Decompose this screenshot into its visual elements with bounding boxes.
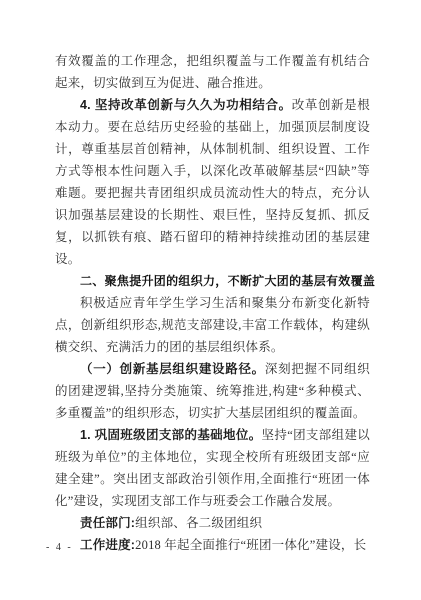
document-body: 有效覆盖的工作理念，把组织覆盖与工作覆盖有机结合起来，切实做到互为促进、融合推进… bbox=[55, 50, 370, 556]
section-heading-text: 二、聚焦提升团的组织力，不断扩大团的基层有效覆盖 bbox=[80, 274, 375, 288]
paragraph-lead-bold: 工作进度: bbox=[80, 538, 135, 552]
document-page: 有效覆盖的工作理念，把组织覆盖与工作覆盖有机结合起来，切实做到互为促进、融合推进… bbox=[0, 0, 421, 600]
paragraph-continuation: 有效覆盖的工作理念，把组织覆盖与工作覆盖有机结合起来，切实做到互为促进、融合推进… bbox=[55, 50, 370, 94]
paragraph-lead-bold: （一）创新基层组织建设路径。 bbox=[80, 362, 265, 376]
paragraph-lead-bold: 1. 巩固班级团支部的基础地位。 bbox=[80, 428, 262, 442]
paragraph-text: 2018 年起全面推行“班团一体化”建设，长 bbox=[135, 538, 366, 552]
paragraph-lead-bold: 4. 坚持改革创新与久久为功相结合。 bbox=[80, 98, 292, 112]
paragraph-text: 有效覆盖的工作理念，把组织覆盖与工作覆盖有机结合起来，切实做到互为促进、融合推进… bbox=[55, 54, 370, 90]
paragraph-text: 改革创新是根本动力。要在总结历史经验的基础上，加强顶层制度设计，尊重基层首创精神… bbox=[55, 98, 370, 266]
section-heading-2: 二、聚焦提升团的组织力，不断扩大团的基层有效覆盖 bbox=[55, 270, 370, 292]
page-number: - 4 - bbox=[46, 542, 73, 553]
paragraph-responsible-dept: 责任部门:组织部、各二级团组织 bbox=[55, 512, 370, 534]
paragraph-work-progress: 工作进度:2018 年起全面推行“班团一体化”建设，长 bbox=[55, 534, 370, 556]
paragraph-lead-bold: 责任部门: bbox=[80, 516, 135, 530]
paragraph-item-1: 1. 巩固班级团支部的基础地位。坚持“团支部组建以班级为单位”的主体地位，实现全… bbox=[55, 424, 370, 512]
paragraph-section-intro: 积极适应青年学生学习生活和聚集分布新变化新特点，创新组织形态,规范支部建设,丰富… bbox=[55, 292, 370, 358]
paragraph-subsection-1: （一）创新基层组织建设路径。深刻把握不同组织的团建逻辑,坚持分类施策、统筹推进,… bbox=[55, 358, 370, 424]
paragraph-text: 组织部、各二级团组织 bbox=[135, 516, 262, 530]
paragraph-point-4: 4. 坚持改革创新与久久为功相结合。改革创新是根本动力。要在总结历史经验的基础上… bbox=[55, 94, 370, 270]
paragraph-text: 积极适应青年学生学习生活和聚集分布新变化新特点，创新组织形态,规范支部建设,丰富… bbox=[55, 296, 370, 354]
